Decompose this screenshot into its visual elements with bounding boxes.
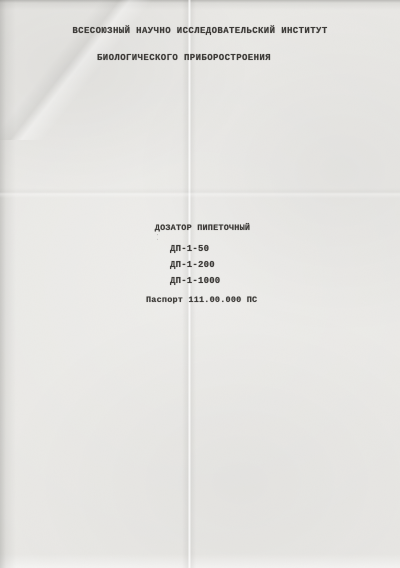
model-number-dp-1-200: ДП-1-200 xyxy=(170,260,215,270)
product-title: ДОЗАТОР ПИПЕТОЧНЫЙ xyxy=(110,223,295,233)
horizontal-fold-crease xyxy=(0,188,400,198)
institute-name-line1: ВСЕСОЮЗНЫЙ НАУЧНО ИССЛЕДОВАТЕЛЬСКИЙ ИНСТ… xyxy=(40,26,360,36)
model-number-dp-1-50: ДП-1-50 xyxy=(170,244,209,254)
model-number-dp-1-1000: ДП-1-1000 xyxy=(170,276,220,286)
institute-name-line2: БИОЛОГИЧЕСКОГО ПРИБОРОСТРОЕНИЯ xyxy=(28,53,340,63)
scanned-document-page: ВСЕСОЮЗНЫЙ НАУЧНО ИССЛЕДОВАТЕЛЬСКИЙ ИНСТ… xyxy=(0,0,400,568)
ink-speck xyxy=(156,233,159,241)
passport-number-line: Паспорт 111.00.000 ПС xyxy=(146,295,257,305)
corner-fold-crease xyxy=(0,0,200,140)
